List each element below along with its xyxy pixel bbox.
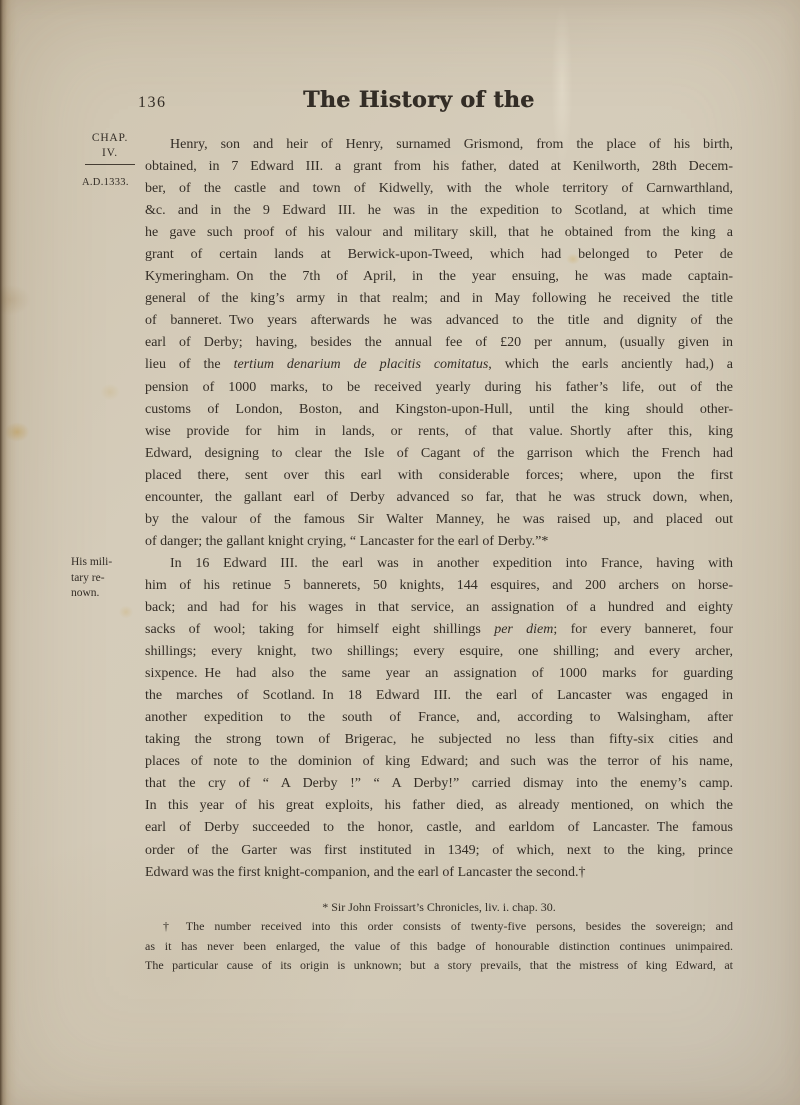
margin-date-note: A.D.1333. — [82, 177, 129, 188]
body-line: that the cry of “ A Derby !” “ A Derby!”… — [145, 773, 733, 795]
body-line: Edward, designing to clear the Isle of C… — [145, 443, 733, 465]
margin-note-renown: His mili-tary re-nown. — [71, 555, 112, 602]
footnotes: * Sir John Froissart’s Chronicles, liv. … — [145, 898, 733, 976]
body-line: taking the strong town of Brigerac, he s… — [145, 729, 733, 751]
running-title: The History of the — [303, 87, 535, 113]
body-line: he gave such proof of his valour and mil… — [145, 222, 733, 244]
margin-note-line: nown. — [71, 586, 112, 602]
body-line: wise provide for him in lands, or rents,… — [145, 421, 733, 443]
body-line: customs of London, Boston, and Kingston-… — [145, 399, 733, 421]
body-line: In this year of his great exploits, his … — [145, 795, 733, 817]
footnote-line: The particular cause of its origin is un… — [145, 956, 733, 975]
body-line: Kymeringham. On the 7th of April, in the… — [145, 266, 733, 288]
margin-note-line: tary re- — [71, 571, 112, 587]
body-line: pension of 1000 marks, to be received ye… — [145, 377, 733, 399]
margin-note-line: His mili- — [71, 555, 112, 571]
body-line: ber, of the castle and town of Kidwelly,… — [145, 178, 733, 200]
footnote-line: † The number received into this order co… — [145, 917, 733, 936]
body-line: him of his retinue 5 bannerets, 50 knigh… — [145, 575, 733, 597]
body-line: In 16 Edward III. the earl was in anothe… — [145, 553, 733, 575]
body-line: shillings; every knight, two shillings; … — [145, 641, 733, 663]
body-line: &c. and in the 9 Edward III. he was in t… — [145, 200, 733, 222]
body-line: by the valour of the famous Sir Walter M… — [145, 509, 733, 531]
footnote-froissart: * Sir John Froissart’s Chronicles, liv. … — [145, 898, 733, 917]
book-page: 136 The History of the CHAP. IV. A.D.133… — [0, 0, 800, 1105]
body-line: another expedition to the south of Franc… — [145, 707, 733, 729]
body-line: general of the king’s army in that realm… — [145, 288, 733, 310]
body-line: places of note to the dominion of king E… — [145, 751, 733, 773]
body-line: encounter, the gallant earl of Derby adv… — [145, 487, 733, 509]
body-line: back; and had for his wages in that serv… — [145, 597, 733, 619]
footnote-line: as it has never been enlarged, the value… — [145, 937, 733, 956]
chapter-number: IV. — [80, 146, 140, 161]
page-gutter-shadow — [0, 0, 18, 1105]
page-number: 136 — [138, 94, 167, 112]
body-line: earl of Derby; having, besides the annua… — [145, 332, 733, 354]
body-line: Edward was the first knight-companion, a… — [145, 862, 733, 884]
body-line: of banneret. Two years afterwards he was… — [145, 310, 733, 332]
body-line: obtained, in 7 Edward III. a grant from … — [145, 156, 733, 178]
body-line: earl of Derby succeeded to the honor, ca… — [145, 817, 733, 839]
chapter-label: CHAP. — [80, 131, 140, 146]
body-line: sixpence. He had also the same year an a… — [145, 663, 733, 685]
body-line: grant of certain lands at Berwick-upon-T… — [145, 244, 733, 266]
footnote-garter: † The number received into this order co… — [145, 917, 733, 975]
body-line: the marches of Scotland. In 18 Edward II… — [145, 685, 733, 707]
body-line: sacks of wool; taking for himself eight … — [145, 619, 733, 641]
body-line: order of the Garter was first instituted… — [145, 840, 733, 862]
body-line: lieu of the tertium denarium de placitis… — [145, 354, 733, 376]
body-text: Henry, son and heir of Henry, surnamed G… — [145, 134, 733, 884]
body-line: of danger; the gallant knight crying, “ … — [145, 531, 733, 553]
body-line: placed there, sent over this earl with c… — [145, 465, 733, 487]
body-line: Henry, son and heir of Henry, surnamed G… — [145, 134, 733, 156]
margin-rule — [85, 164, 135, 165]
margin-chapter-note: CHAP. IV. — [80, 131, 140, 165]
